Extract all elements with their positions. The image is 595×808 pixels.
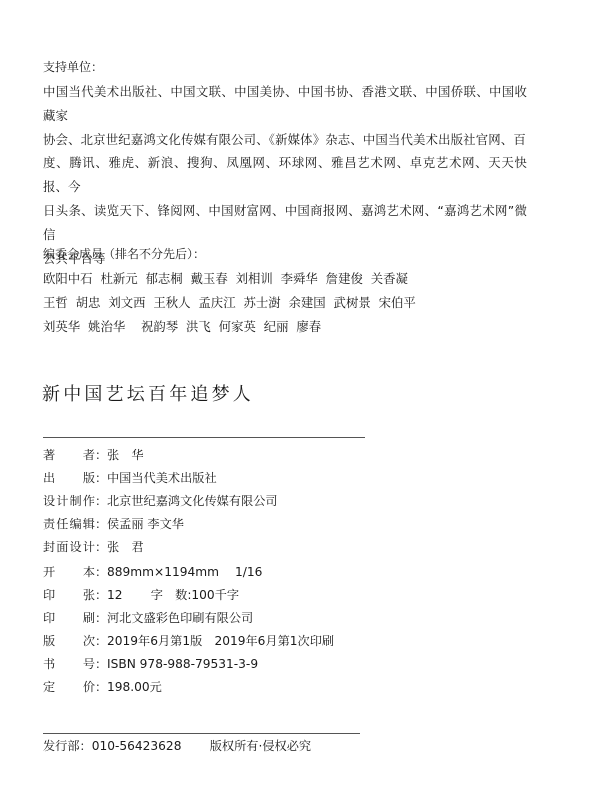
title-divider [43,437,365,438]
support-units-line: 日头条、读览天下、锋阅网、中国财富网、中国商报网、嘉鸿艺术网、“嘉鸿艺术网”微信 [43,199,527,247]
colophon-label: 印张 [43,587,95,603]
colophon-value: 河北文盛彩色印刷有限公司 [107,610,253,626]
colophon-row: 著者：张 华 [43,447,144,463]
colophon-label: 印刷 [43,610,95,626]
colophon-label: 定价 [43,679,95,695]
colophon-row: 印张：12 字 数:100千字 [43,587,239,603]
colophon-label: 设计制作 [43,493,95,509]
support-units-list: 中国当代美术出版社、中国文联、中国美协、中国书协、香港文联、中国侨联、中国收藏家… [43,80,527,270]
colophon-colon: ： [95,564,107,580]
support-units-line: 协会、北京世纪嘉鸿文化传媒有限公司、《新媒体》杂志、中国当代美术出版社官网、百 [43,128,527,152]
colophon-label: 开本 [43,564,95,580]
colophon-value: 2019年6月第1版 2019年6月第1次印刷 [107,633,334,649]
colophon-value: 889mm×1194mm 1/16 [107,564,262,580]
colophon-row: 印刷：河北文盛彩色印刷有限公司 [43,610,253,626]
colophon-label: 版次 [43,633,95,649]
colophon-colon: ： [95,679,107,695]
colophon-label: 封面设计 [43,539,95,555]
support-units-line: 度、腾讯、雅虎、新浪、搜狗、凤凰网、环球网、雅昌艺术网、卓克艺术网、天天快报、今 [43,151,527,199]
committee-row: 欧阳中石 杜新元 郁志桐 戴玉春 刘相训 李舜华 詹建俊 关香凝 [43,271,408,287]
colophon-colon: ： [95,516,107,532]
colophon-colon: ： [95,633,107,649]
colophon-row: 开本：889mm×1194mm 1/16 [43,564,262,580]
colophon-row: 出版：中国当代美术出版社 [43,470,217,486]
colophon-value: 中国当代美术出版社 [107,470,217,486]
committee-row: 王哲 胡忠 刘文西 王秋人 孟庆江 苏士澍 余建国 武树景 宋伯平 [43,295,416,311]
support-units-heading: 支持单位： [43,59,103,75]
colophon-label: 书号 [43,656,95,672]
colophon-row: 设计制作：北京世纪嘉鸿文化传媒有限公司 [43,493,278,509]
colophon-row: 定价：198.00元 [43,679,162,695]
committee-heading: 编委会成员（排名不分先后）： [43,246,205,262]
colophon-colon: ： [95,470,107,486]
colophon-value: 张 君 [107,539,144,555]
colophon-value: 侯孟丽 李文华 [107,516,184,532]
footer-divider [43,733,360,734]
book-title: 新中国艺坛百年追梦人 [42,384,254,406]
colophon-colon: ： [95,493,107,509]
colophon-value: 198.00元 [107,679,162,695]
colophon-colon: ： [95,610,107,626]
colophon-value: 张 华 [107,447,144,463]
colophon-colon: ： [95,656,107,672]
colophon-colon: ： [95,587,107,603]
colophon-row: 封面设计：张 君 [43,539,144,555]
footer-distribution-rights: 发行部：010-56423628 版权所有·侵权必究 [43,738,311,754]
support-units-line: 中国当代美术出版社、中国文联、中国美协、中国书协、香港文联、中国侨联、中国收藏家 [43,80,527,128]
colophon-row: 责任编辑：侯孟丽 李文华 [43,516,184,532]
colophon-row: 版次：2019年6月第1版 2019年6月第1次印刷 [43,633,334,649]
colophon-row: 书号：ISBN 978-988-79531-3-9 [43,656,258,672]
colophon-value: ISBN 978-988-79531-3-9 [107,656,258,672]
colophon-colon: ： [95,539,107,555]
colophon-colon: ： [95,447,107,463]
committee-row: 刘英华 姚治华 祝韵琴 洪飞 何家英 纪丽 廖春 [43,319,321,335]
colophon-label: 出版 [43,470,95,486]
colophon-label: 著者 [43,447,95,463]
colophon-label: 责任编辑 [43,516,95,532]
colophon-value: 北京世纪嘉鸿文化传媒有限公司 [107,493,278,509]
colophon-value: 12 字 数:100千字 [107,587,239,603]
